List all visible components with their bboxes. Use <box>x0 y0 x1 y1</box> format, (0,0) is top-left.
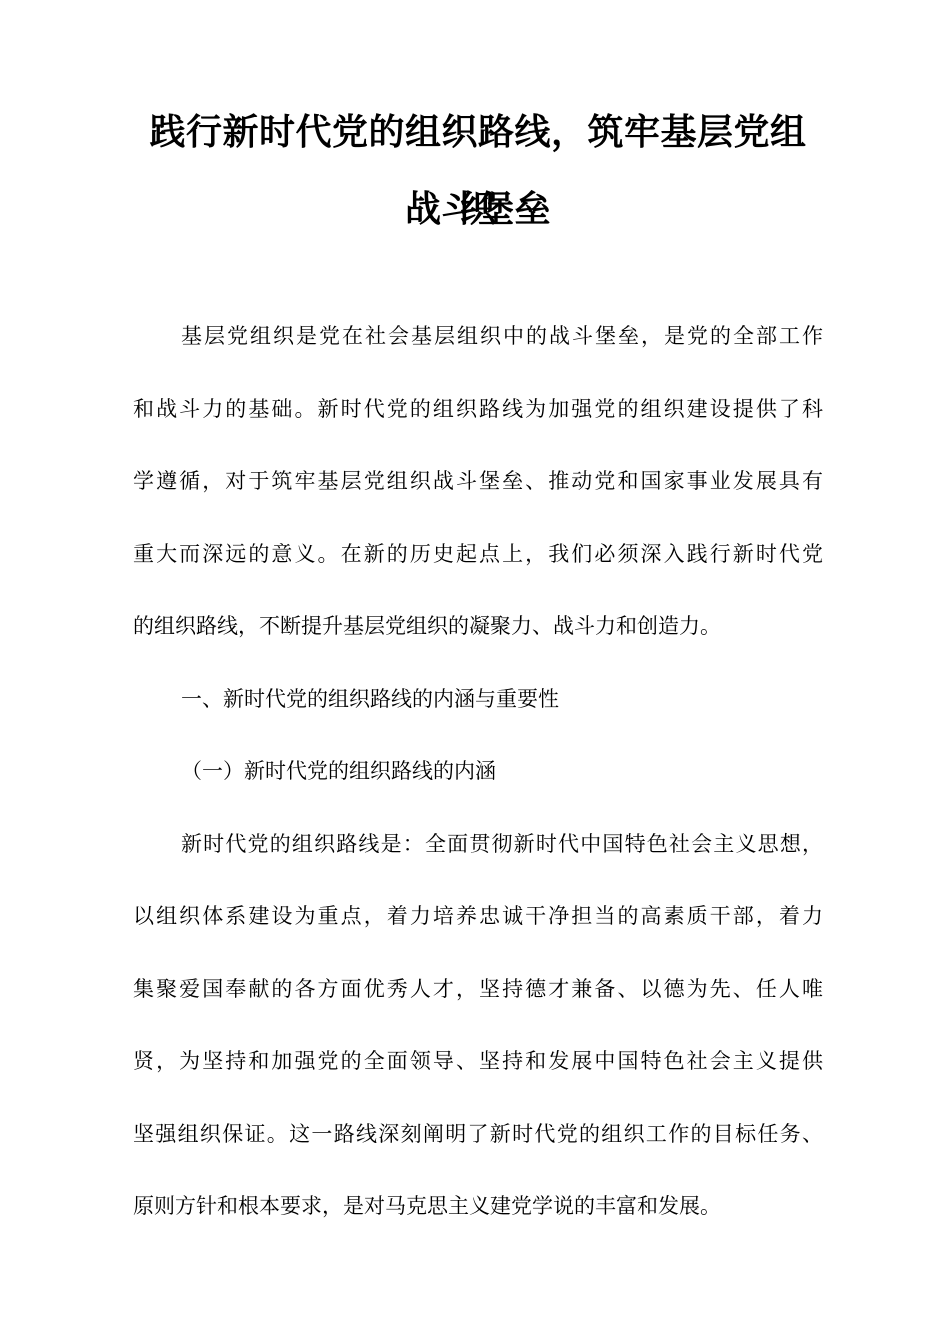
section-1-1-paragraph: 新时代党的组织路线是：全面贯彻新时代中国特色社会主义思想，以组织体系建设为重点，… <box>133 808 823 1243</box>
doc-line: 贤，为坚持和加强党的全面领导、坚持和发展中国特色社会主义提供 <box>133 1025 823 1098</box>
doc-line: 以组织体系建设为重点，着力培养忠诚干净担当的高素质干部，着力 <box>133 880 823 953</box>
document-title: 践行新时代党的组织路线，筑牢基层党组织战斗堡垒 <box>133 94 823 248</box>
doc-line: 学遵循，对于筑牢基层党组织战斗堡垒、推动党和国家事业发展具有 <box>133 445 823 518</box>
doc-line: 重大而深远的意义。在新的历史起点上，我们必须深入践行新时代党 <box>133 518 823 591</box>
section-1-heading: 一、新时代党的组织路线的内涵与重要性 <box>133 663 823 736</box>
doc-line: 和战斗力的基础。新时代党的组织路线为加强党的组织建设提供了科 <box>133 373 823 446</box>
doc-line: 原则方针和根本要求，是对马克思主义建党学说的丰富和发展。 <box>133 1170 823 1243</box>
title-line: 战斗堡垒 <box>133 171 823 248</box>
doc-line: 的组织路线，不断提升基层党组织的凝聚力、战斗力和创造力。 <box>133 590 823 663</box>
title-line: 践行新时代党的组织路线，筑牢基层党组织 <box>133 94 823 171</box>
doc-line: （一）新时代党的组织路线的内涵 <box>133 735 823 808</box>
doc-line: 一、新时代党的组织路线的内涵与重要性 <box>133 663 823 736</box>
document-body: 基层党组织是党在社会基层组织中的战斗堡垒，是党的全部工作和战斗力的基础。新时代党… <box>133 300 823 1243</box>
intro-paragraph: 基层党组织是党在社会基层组织中的战斗堡垒，是党的全部工作和战斗力的基础。新时代党… <box>133 300 823 663</box>
doc-line: 新时代党的组织路线是：全面贯彻新时代中国特色社会主义思想， <box>133 808 823 881</box>
document-page: 践行新时代党的组织路线，筑牢基层党组织战斗堡垒 基层党组织是党在社会基层组织中的… <box>0 0 950 1344</box>
doc-line: 基层党组织是党在社会基层组织中的战斗堡垒，是党的全部工作 <box>133 300 823 373</box>
section-1-1-heading: （一）新时代党的组织路线的内涵 <box>133 735 823 808</box>
doc-line: 集聚爱国奉献的各方面优秀人才，坚持德才兼备、以德为先、任人唯 <box>133 953 823 1026</box>
doc-line: 坚强组织保证。这一路线深刻阐明了新时代党的组织工作的目标任务、 <box>133 1098 823 1171</box>
